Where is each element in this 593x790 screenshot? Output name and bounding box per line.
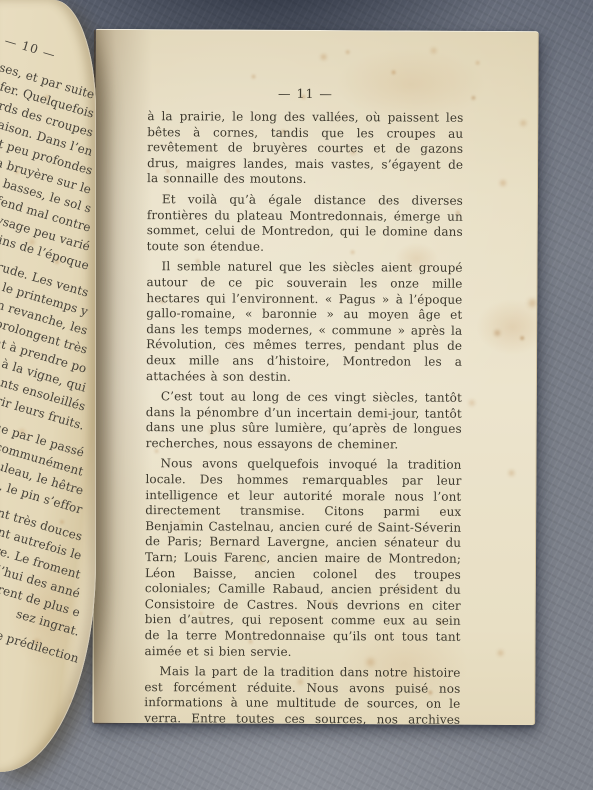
paragraph: C’est tout au long de ces vingt siècles,… <box>146 389 462 453</box>
paper-stain <box>476 299 539 355</box>
foxing-spots <box>96 29 100 33</box>
paragraph: Il semble naturel que les siècles aient … <box>146 259 463 385</box>
right-page: — 11 — à la prairie, le long des vallées… <box>92 29 539 725</box>
paragraph: Mais la part de la tradition dans notre … <box>144 664 460 725</box>
paragraph: Et voilà qu’à égale distance des diverse… <box>147 192 463 256</box>
body-text: à la prairie, le long des vallées, où pa… <box>144 109 463 725</box>
page-number-right: — 11 — <box>147 85 463 102</box>
book-photo-scene: — 11 — à la prairie, le long des vallées… <box>0 0 593 790</box>
paragraph: à la prairie, le long des vallées, où pa… <box>147 109 463 189</box>
paragraph: Nous avons quelquefois invoqué la tradit… <box>145 457 462 661</box>
left-page-text: s masses rocheuses, et par suitee des gi… <box>0 0 96 772</box>
left-page: — 10 — s masses rocheuses, et par suitee… <box>0 0 96 772</box>
